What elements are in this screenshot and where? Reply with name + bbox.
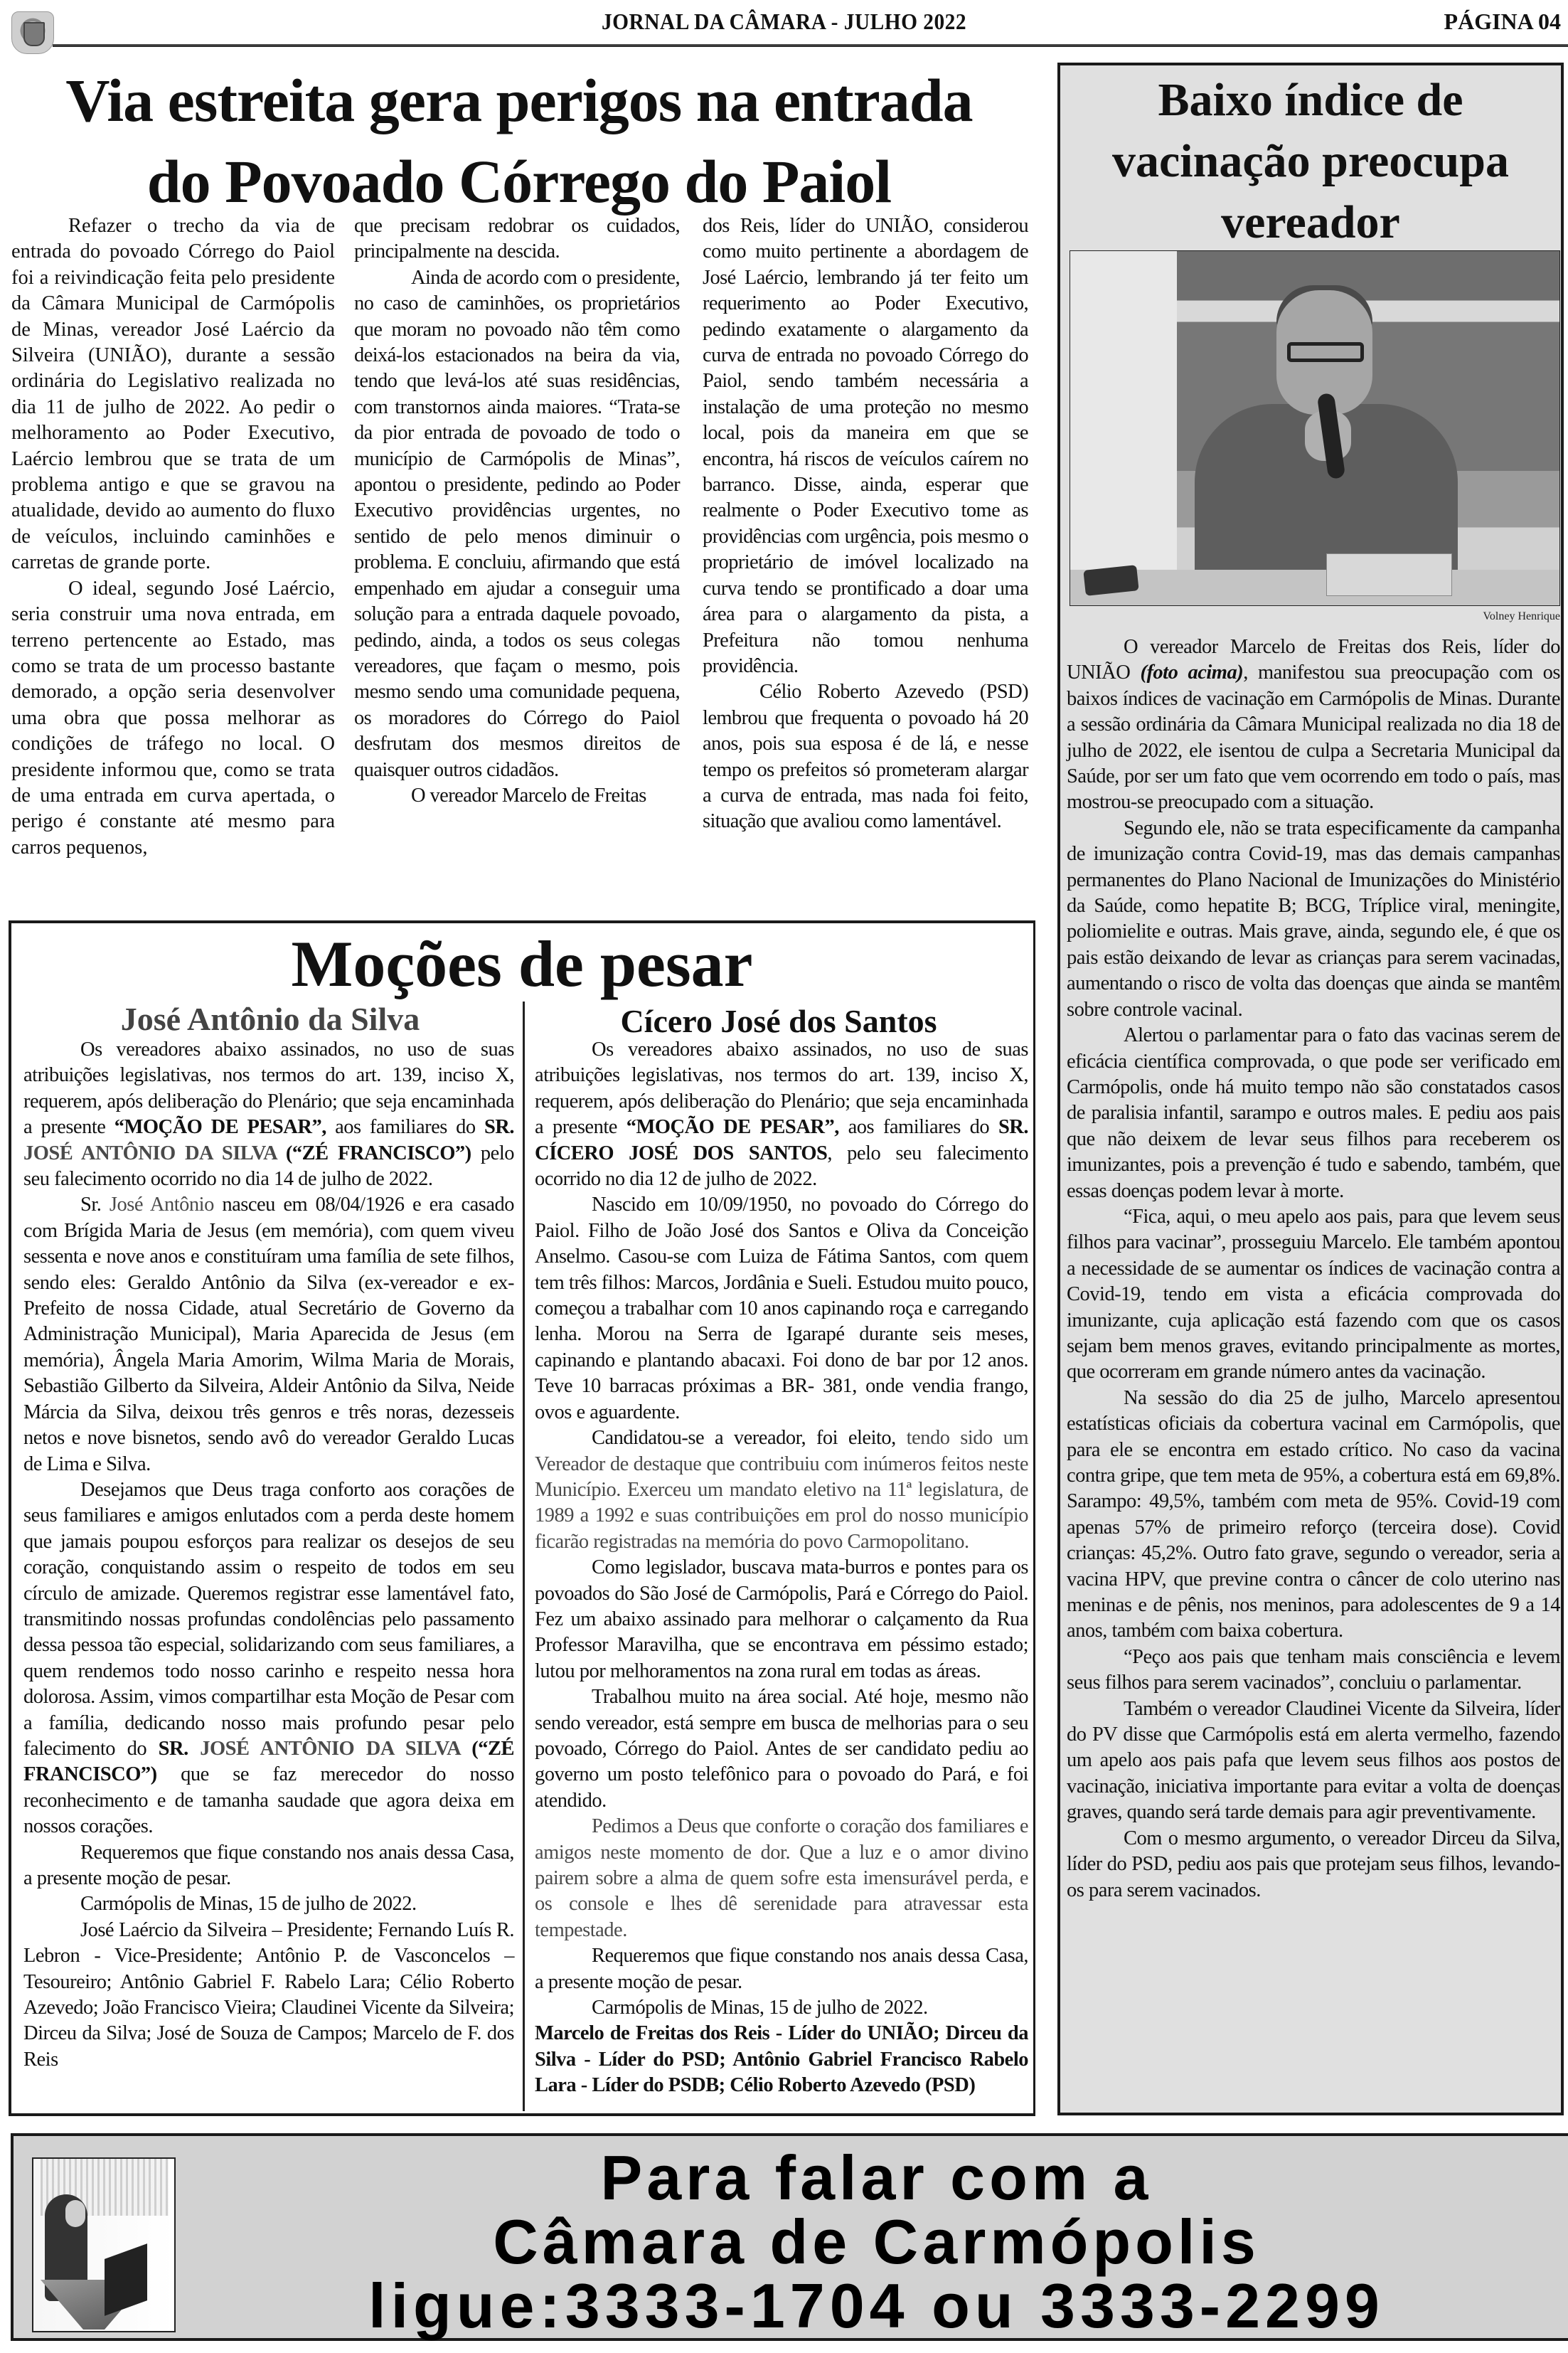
side-article-body: O vereador Marcelo de Freitas dos Reis, …: [1067, 634, 1560, 1903]
paragraph: O ideal, segundo José Laércio, seria con…: [11, 576, 335, 861]
councilman-photo: [1070, 250, 1560, 606]
lead-column-3: dos Reis, líder do UNIÃO, considerou com…: [703, 213, 1028, 835]
banner-phone-numbers: ligue:3333-1704 ou 3333-2299: [185, 2270, 1568, 2342]
paragraph: que precisam redobrar os cuidados, princ…: [354, 213, 680, 265]
lead-headline-line2: do Povoado Córrego do Paiol: [0, 141, 1038, 222]
text: Desejamos que Deus traga conforto aos co…: [23, 1479, 514, 1760]
text: , manifestou sua preocupação com os baix…: [1067, 662, 1560, 813]
text: JOSÉ ANTÔNIO DA SILVA: [200, 1738, 459, 1760]
laptop-icon: [105, 2243, 147, 2316]
newspaper-title: JORNAL DA CÂMARA - JULHO 2022: [63, 9, 1505, 35]
paragraph: Também o vereador Claudinei Vicente da S…: [1067, 1696, 1560, 1826]
signatures: José Laércio da Silveira – Presidente; F…: [23, 1918, 514, 2073]
text: “MOÇÃO DE PESAR”,: [626, 1116, 839, 1138]
lead-headline: Via estreita gera perigos na entrada do …: [0, 60, 1038, 222]
paragraph: Como legislador, buscava mata-burros e p…: [535, 1555, 1028, 1684]
deceased-name-right: Cícero José dos Santos: [530, 1002, 1028, 1041]
text: aos familiares do: [326, 1116, 484, 1138]
paragraph: Refazer o trecho da via de entrada do po…: [11, 213, 335, 576]
text: “MOÇÃO DE PESAR”,: [114, 1116, 326, 1138]
paragraph: Segundo ele, não se trata especificament…: [1067, 816, 1560, 1023]
mocao-left-body: Os vereadores abaixo assinados, no uso d…: [23, 1037, 514, 2073]
paragraph: Sr. José Antônio nasceu em 08/04/1926 e …: [23, 1192, 514, 1477]
paragraph: Requeremos que fique constando nos anais…: [535, 1943, 1028, 1995]
paragraph: Os vereadores abaixo assinados, no uso d…: [535, 1037, 1028, 1192]
text: SR.: [159, 1738, 201, 1760]
paragraph: O vereador Marcelo de Freitas: [354, 783, 680, 809]
text: (“ZÉ FRANCISCO”): [277, 1142, 471, 1164]
lead-headline-line1: Via estreita gera perigos na entrada: [0, 60, 1038, 141]
mocoes-title: Moções de pesar: [9, 925, 1035, 1003]
paragraph: Carmópolis de Minas, 15 de julho de 2022…: [535, 1995, 1028, 2021]
paragraph: O vereador Marcelo de Freitas dos Reis, …: [1067, 634, 1560, 816]
paragraph: Candidatou-se a vereador, foi eleito, te…: [535, 1425, 1028, 1555]
text: nasceu em 08/04/1926 e era casado com Br…: [23, 1194, 514, 1475]
glasses-icon: [1287, 342, 1364, 362]
paragraph: Célio Roberto Azevedo (PSD) lembrou que …: [703, 679, 1028, 834]
paragraph: Ainda de acordo com o presidente, no cas…: [354, 265, 680, 783]
paragraph: Trabalhou muito na área social. Até hoje…: [535, 1684, 1028, 1814]
paragraph: Desejamos que Deus traga conforto aos co…: [23, 1477, 514, 1840]
text: Sr.: [80, 1194, 110, 1216]
paragraph: dos Reis, líder do UNIÃO, considerou com…: [703, 213, 1028, 679]
paragraph: Requeremos que fique constando nos anais…: [23, 1840, 514, 1892]
photo-credit: Volney Henrique: [1070, 610, 1560, 623]
side-headline: Baixo índice de vacinação preocupa verea…: [1057, 70, 1564, 253]
lead-column-2: que precisam redobrar os cuidados, princ…: [354, 213, 680, 809]
coat-of-arms-logo: [11, 11, 54, 54]
paragraph: “Fica, aqui, o meu apelo aos pais, para …: [1067, 1204, 1560, 1386]
column-divider: [523, 1002, 525, 2111]
mocao-right-body: Os vereadores abaixo assinados, no uso d…: [535, 1037, 1028, 2099]
header-rule: [53, 44, 1568, 47]
banner-line-1: Para falar com a: [185, 2142, 1568, 2214]
text: aos familiares do: [839, 1116, 998, 1138]
shield-icon: [23, 22, 45, 46]
lead-column-1: Refazer o trecho da via de entrada do po…: [11, 213, 335, 861]
text: JOSÉ ANTÔNIO DA SILVA: [23, 1142, 277, 1164]
text: Candidatou-se a vereador, foi eleito,: [592, 1427, 907, 1449]
paragraph: Os vereadores abaixo assinados, no uso d…: [23, 1037, 514, 1192]
page-number: PÁGINA 04: [1444, 9, 1561, 35]
deceased-name-left: José Antônio da Silva: [21, 999, 519, 1039]
paragraph: Na sessão do dia 25 de julho, Marcelo ap…: [1067, 1386, 1560, 1645]
photo-reference: (foto acima): [1140, 662, 1243, 684]
paragraph: Alertou o parlamentar para o fato das va…: [1067, 1023, 1560, 1204]
paragraph: Pedimos a Deus que conforte o coração do…: [535, 1814, 1028, 1943]
banner-line-2: Câmara de Carmópolis: [185, 2206, 1568, 2278]
signatures: Marcelo de Freitas dos Reis - Líder do U…: [535, 2021, 1028, 2098]
paragraph: Carmópolis de Minas, 15 de julho de 2022…: [23, 1891, 514, 1917]
receptionist-illustration: [32, 2157, 176, 2332]
paragraph: “Peço aos pais que tenham mais consciênc…: [1067, 1645, 1560, 1696]
text: José Antônio: [110, 1194, 214, 1216]
nameplate: [1326, 553, 1452, 596]
text: SR.: [484, 1116, 514, 1138]
paragraph: Com o mesmo argumento, o vereador Dirceu…: [1067, 1826, 1560, 1903]
paragraph: Nascido em 10/09/1950, no povoado do Cór…: [535, 1192, 1028, 1425]
